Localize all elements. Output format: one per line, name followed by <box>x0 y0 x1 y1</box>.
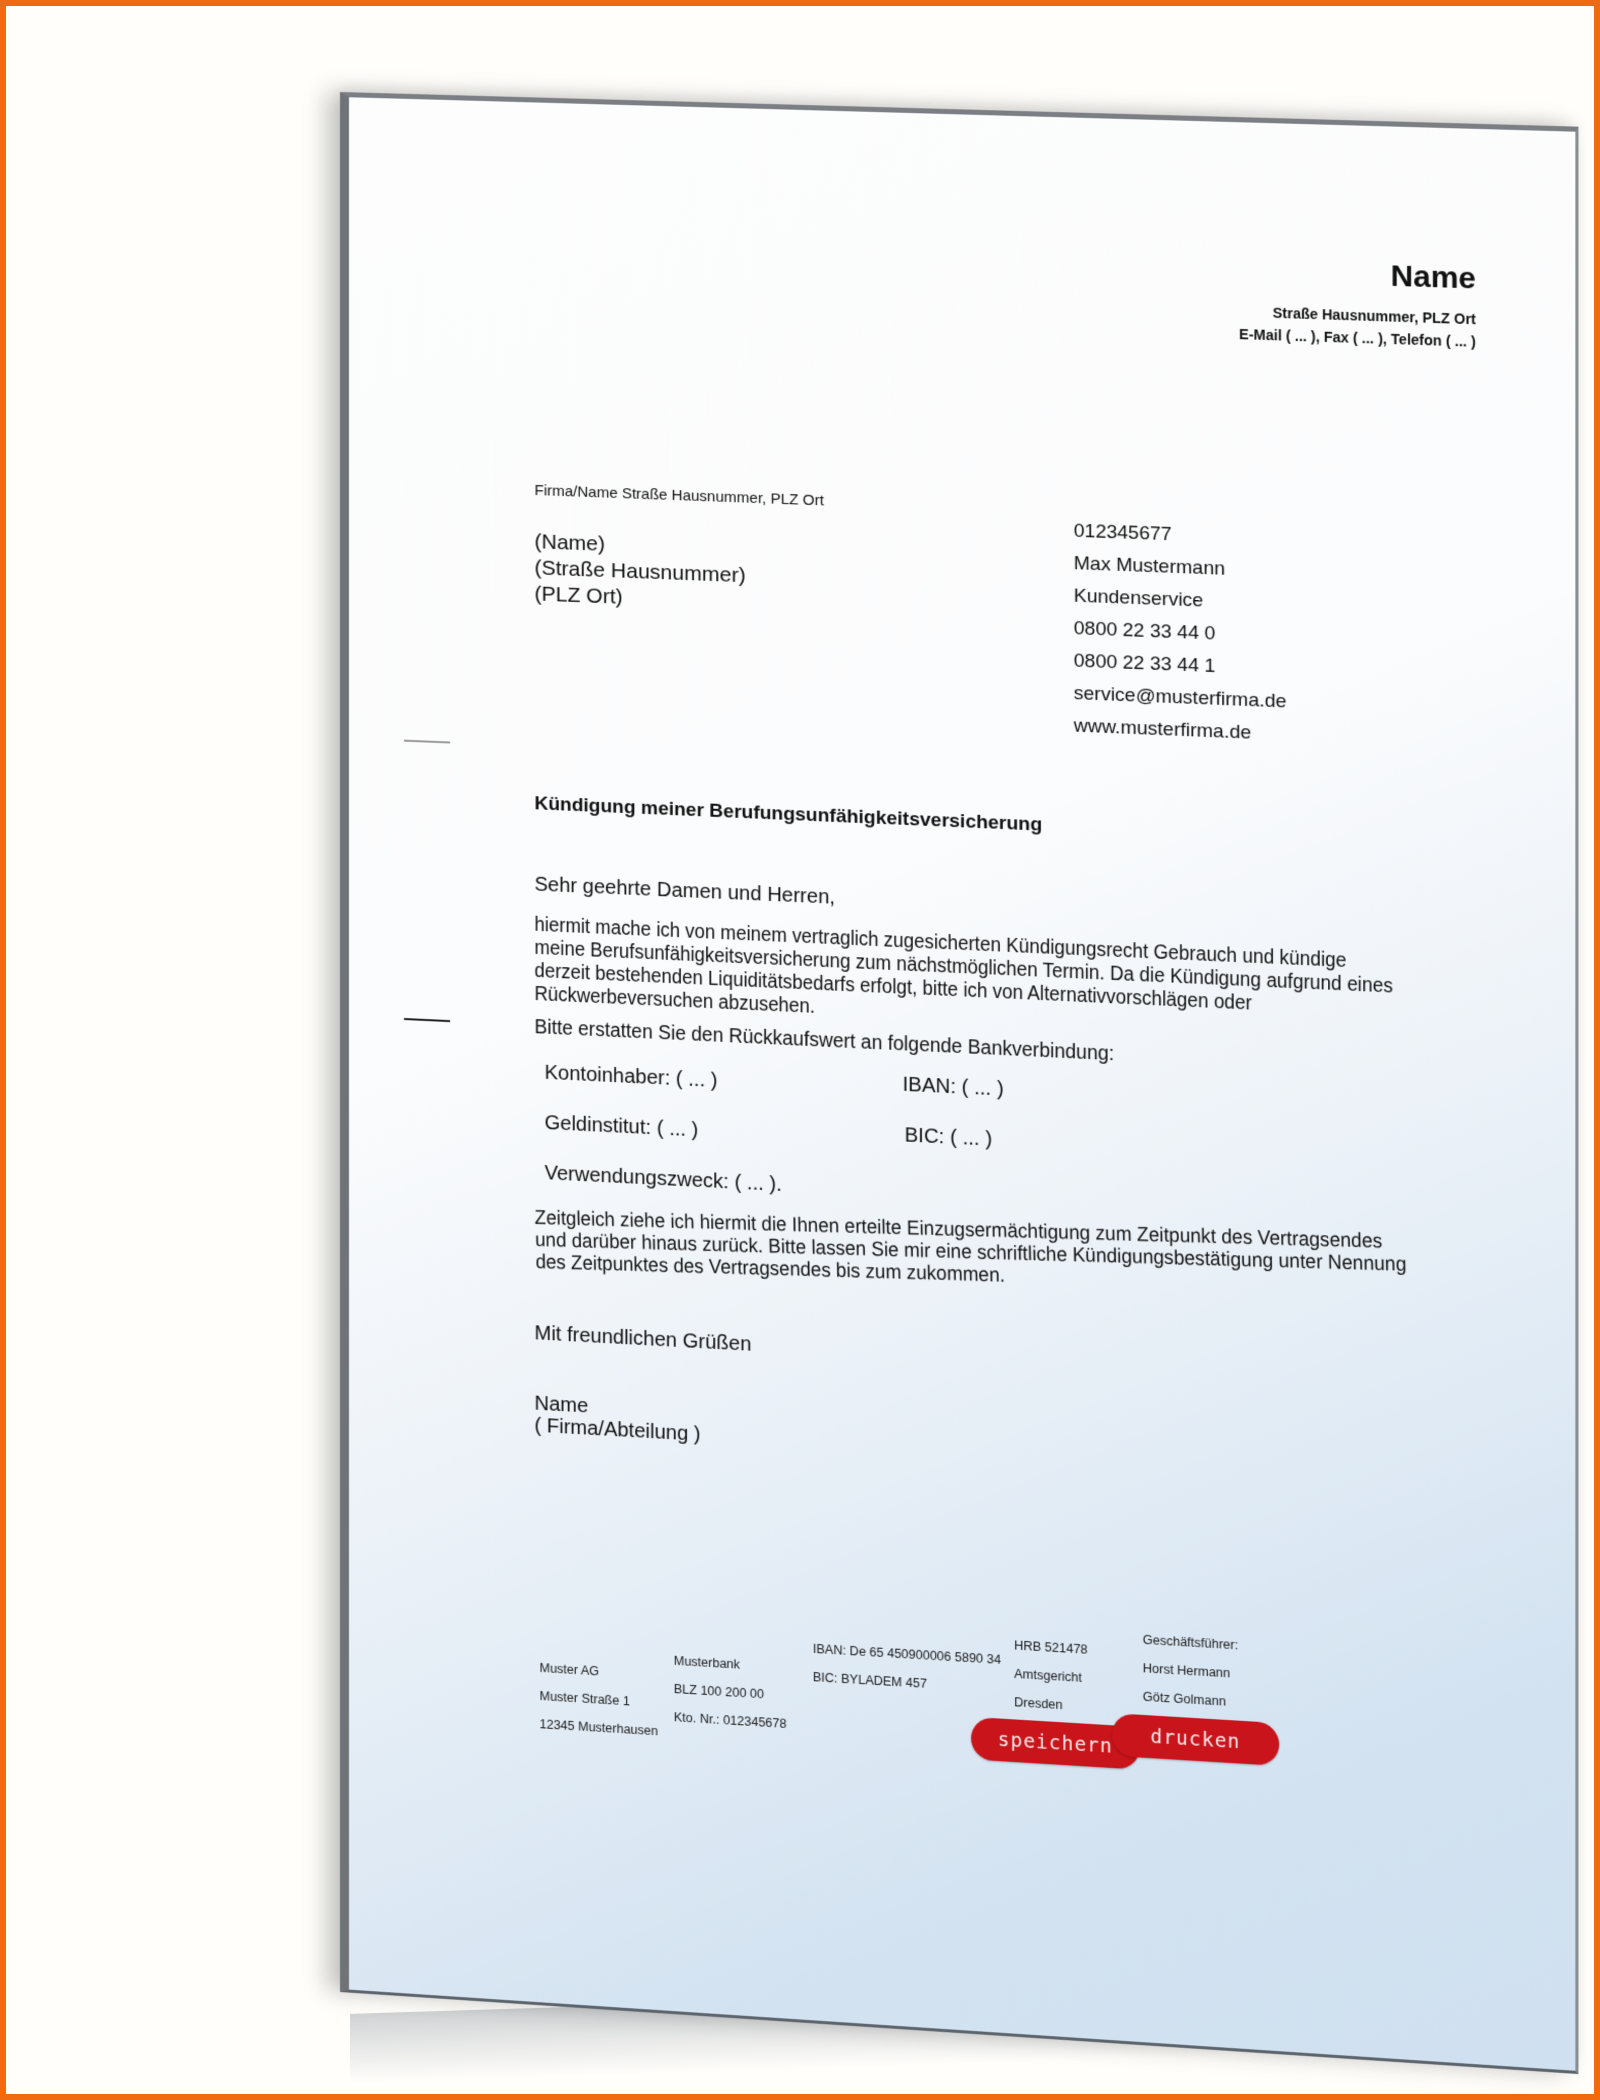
iban-field: IBAN: ( ... ) <box>903 1074 1004 1102</box>
recipient-address: (Name) (Straße Hausnummer) (PLZ Ort) <box>534 529 745 615</box>
footer-bank: Musterbank BLZ 100 200 00 Kto. Nr.: 0123… <box>674 1647 787 1738</box>
footer-line: Dresden <box>1014 1688 1088 1721</box>
sender-name: Name <box>1391 259 1476 296</box>
signature-block: Name ( Firma/Abteilung ) <box>534 1392 700 1445</box>
salutation: Sehr geehrte Damen und Herren, <box>534 873 835 909</box>
fold-mark <box>404 740 450 744</box>
account-holder: Kontoinhaber: ( ... ) <box>545 1062 718 1093</box>
footer-line: Amtsgericht <box>1014 1660 1088 1693</box>
footer-management: Geschäftsführer: Horst Hermann Götz Golm… <box>1143 1626 1238 1717</box>
sender-address: Straße Hausnummer, PLZ Ort <box>1273 305 1476 328</box>
letter-subject: Kündigung meiner Berufungsunfähigkeitsve… <box>534 793 1042 837</box>
footer-company: Muster AG Muster Straße 1 12345 Musterha… <box>540 1654 659 1746</box>
footer-line: 12345 Musterhausen <box>540 1710 659 1745</box>
bank-institution: Geldinstitut: ( ... ) <box>545 1112 699 1143</box>
body-paragraph-2: Zeitgleich ziehe ich hiermit die Ihnen e… <box>534 1207 1407 1299</box>
document-preview: Name Straße Hausnummer, PLZ Ort E-Mail (… <box>340 92 1565 1992</box>
footer-register: HRB 521478 Amtsgericht Dresden <box>1014 1631 1088 1721</box>
punch-mark <box>404 1018 450 1022</box>
return-address-line: Firma/Name Straße Hausnummer, PLZ Ort <box>534 482 823 509</box>
sender-contact: E-Mail ( ... ), Fax ( ... ), Telefon ( .… <box>1239 326 1476 350</box>
letter-page: Name Straße Hausnummer, PLZ Ort E-Mail (… <box>340 92 1579 2074</box>
contact-block: 012345677 Max Mustermann Kundenservice 0… <box>1074 515 1287 751</box>
closing: Mit freundlichen Grüßen <box>534 1322 751 1357</box>
footer-line: Götz Golmann <box>1143 1682 1238 1716</box>
bic-field: BIC: ( ... ) <box>905 1124 993 1152</box>
payment-reference: Verwendungszweck: ( ... ). <box>545 1162 782 1197</box>
footer-line: HRB 521478 <box>1014 1631 1088 1664</box>
footer-iban-bic: IBAN: De 65 450900006 5890 34 BIC: BYLAD… <box>813 1635 1001 1703</box>
footer-line: Kto. Nr.: 012345678 <box>674 1703 787 1738</box>
